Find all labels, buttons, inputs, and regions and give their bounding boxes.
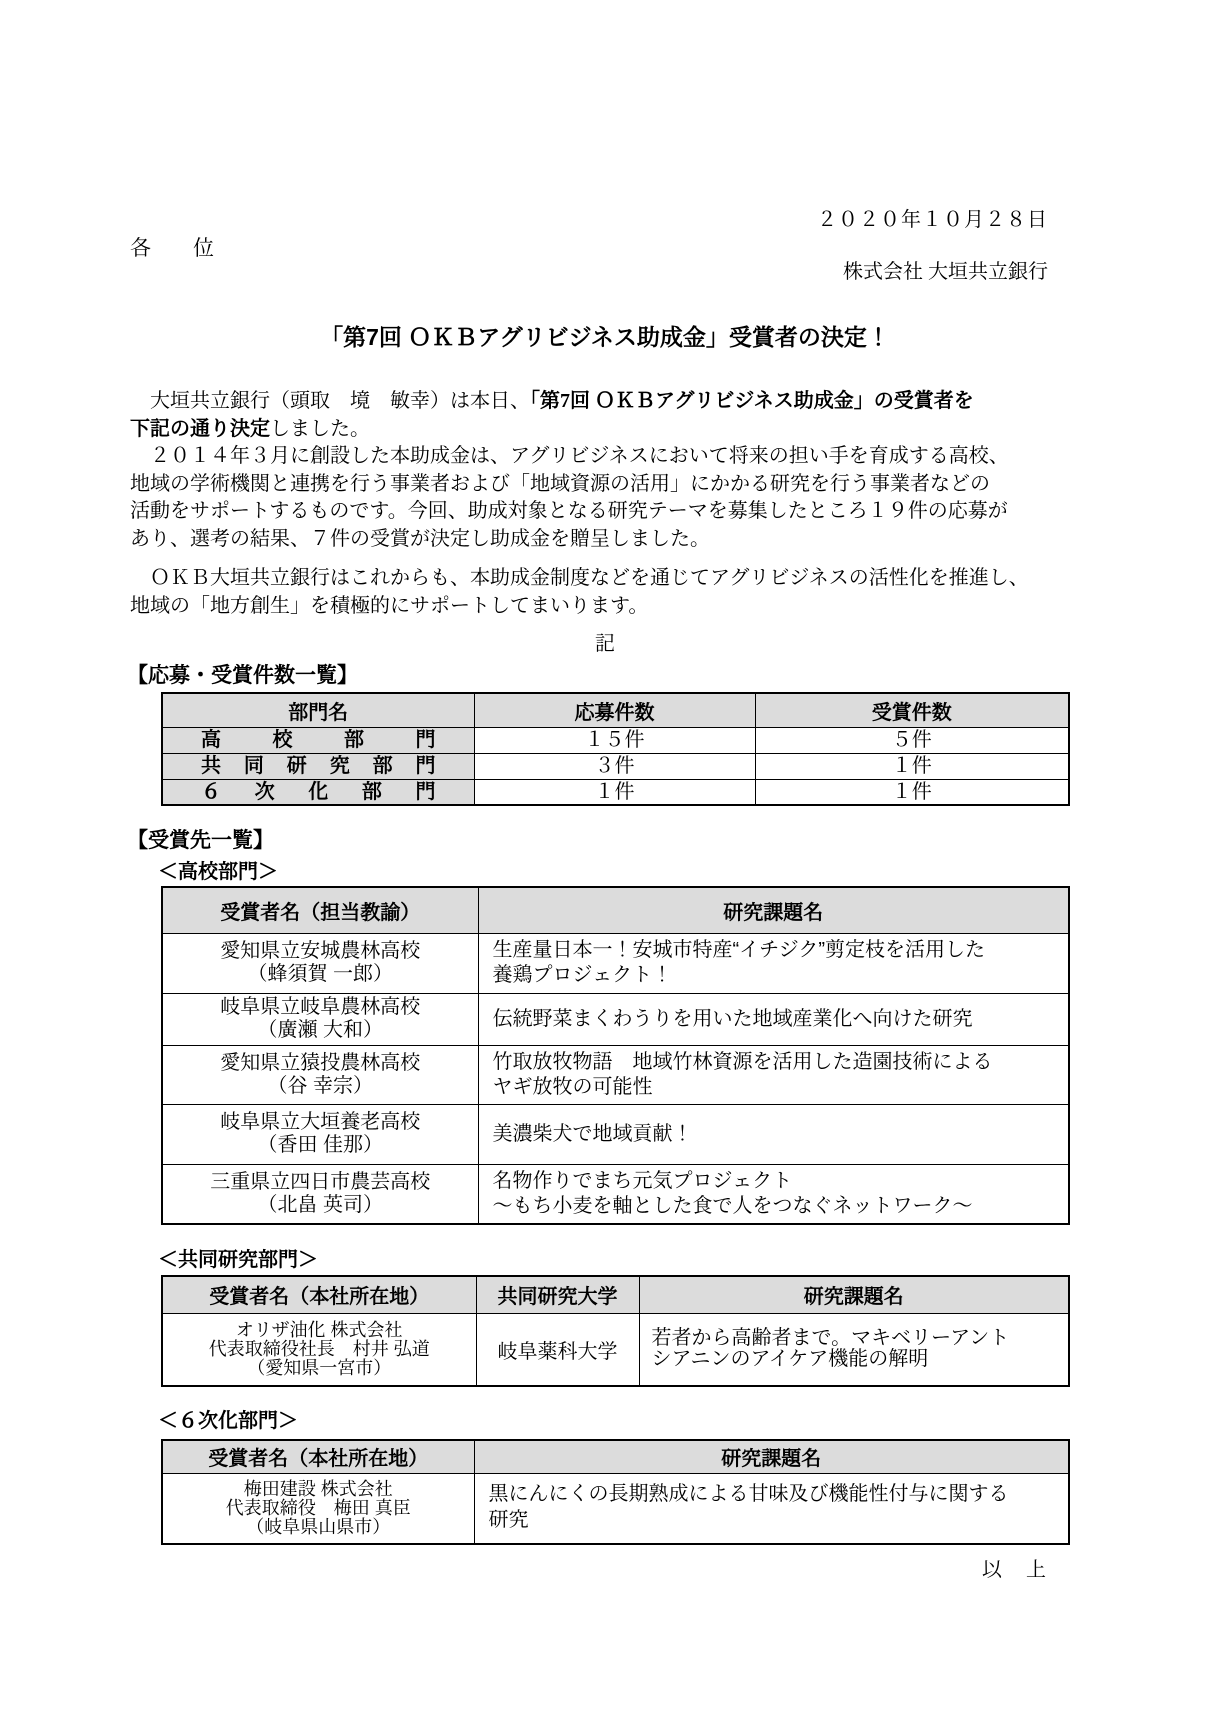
ki-marker: 記 bbox=[130, 631, 1080, 657]
sixth-winner: 梅田建設 株式会社 代表取締役 梅田 真臣 （岐阜県山県市） bbox=[162, 1474, 474, 1544]
summary-section-heading: 【応募・受賞件数一覧】 bbox=[127, 663, 1210, 689]
paragraph-announcement: 大垣共立銀行（頭取 境 敏幸）は本日、「第7回 ＯＫＢアグリビジネス助成金」の受… bbox=[130, 388, 1135, 443]
summary-applications-value: ３件 bbox=[474, 753, 755, 779]
table-row: オリザ油化 株式会社 代表取締役社長 村井 弘道 （愛知県一宮市） 岐阜薬科大学… bbox=[162, 1314, 1069, 1386]
highschool-header-theme: 研究課題名 bbox=[478, 887, 1069, 933]
highschool-table-header-row: 受賞者名（担当教諭） 研究課題名 bbox=[162, 887, 1069, 933]
summary-header-dept: 部門名 bbox=[162, 693, 474, 727]
joint-research-table: 受賞者名（本社所在地） 共同研究大学 研究課題名 オリザ油化 株式会社 代表取締… bbox=[161, 1275, 1070, 1387]
summary-dept-highschool: 高校部門 bbox=[162, 727, 474, 753]
table-row: 共同研究部門 ３件 １件 bbox=[162, 753, 1069, 779]
summary-header-applications: 応募件数 bbox=[474, 693, 755, 727]
highschool-header-winner: 受賞者名（担当教諭） bbox=[162, 887, 478, 933]
table-row: 高校部門 １５件 ５件 bbox=[162, 727, 1069, 753]
highschool-winner: 愛知県立安城農林高校 （蜂須賀 一郎） bbox=[162, 933, 478, 993]
joint-header-winner: 受賞者名（本社所在地） bbox=[162, 1276, 476, 1314]
highschool-winner: 岐阜県立岐阜農林高校 （廣瀬 大和） bbox=[162, 993, 478, 1045]
summary-applications-value: １５件 bbox=[474, 727, 755, 753]
summary-header-awards: 受賞件数 bbox=[755, 693, 1069, 727]
table-row: 梅田建設 株式会社 代表取締役 梅田 真臣 （岐阜県山県市） 黒にんにくの長期熟… bbox=[162, 1474, 1069, 1544]
document-date: ２０２０年１０月２８日 bbox=[0, 208, 1048, 232]
table-row: 愛知県立猿投農林高校 （谷 幸宗） 竹取放牧物語 地域竹林資源を活用した造園技術… bbox=[162, 1045, 1069, 1104]
highschool-section-heading: ＜高校部門＞ bbox=[158, 860, 1210, 885]
addressee: 各 位 bbox=[130, 236, 1210, 260]
joint-winner: オリザ油化 株式会社 代表取締役社長 村井 弘道 （愛知県一宮市） bbox=[162, 1314, 476, 1386]
table-row: ６次化部門 １件 １件 bbox=[162, 779, 1069, 805]
summary-applications-value: １件 bbox=[474, 779, 755, 805]
press-release-page: ２０２０年１０月２８日 各 位 株式会社 大垣共立銀行 「第7回 ＯＫＢアグリビ… bbox=[0, 0, 1210, 1713]
table-row: 岐阜県立岐阜農林高校 （廣瀬 大和） 伝統野菜まくわうりを用いた地域産業化へ向け… bbox=[162, 993, 1069, 1045]
summary-table-header-row: 部門名 応募件数 受賞件数 bbox=[162, 693, 1069, 727]
paragraph-background: ２０１４年３月に創設した本助成金は、アグリビジネスにおいて将来の担い手を育成する… bbox=[130, 443, 1135, 553]
company-name: 株式会社 大垣共立銀行 bbox=[0, 260, 1048, 284]
table-row: 愛知県立安城農林高校 （蜂須賀 一郎） 生産量日本一！安城市特産“イチジク”剪定… bbox=[162, 933, 1069, 993]
sixth-table-header-row: 受賞者名（本社所在地） 研究課題名 bbox=[162, 1440, 1069, 1474]
sixth-theme: 黒にんにくの長期熟成による甘味及び機能性付与に関する 研究 bbox=[474, 1474, 1069, 1544]
paragraph-announcement-tail: しました。 bbox=[270, 418, 370, 440]
highschool-theme: 伝統野菜まくわうりを用いた地域産業化へ向けた研究 bbox=[478, 993, 1069, 1045]
summary-awards-value: １件 bbox=[755, 753, 1069, 779]
sixth-sector-table: 受賞者名（本社所在地） 研究課題名 梅田建設 株式会社 代表取締役 梅田 真臣 … bbox=[161, 1439, 1070, 1545]
table-row: 三重県立四日市農芸高校 （北畠 英司） 名物作りでまち元気プロジェクト ～もち小… bbox=[162, 1164, 1069, 1224]
paragraph-announcement-lead: 大垣共立銀行（頭取 境 敏幸）は本日、 bbox=[130, 390, 530, 412]
highschool-theme: 名物作りでまち元気プロジェクト ～もち小麦を軸とした食で人をつなぐネットワーク～ bbox=[478, 1164, 1069, 1224]
joint-university: 岐阜薬科大学 bbox=[476, 1314, 639, 1386]
table-row: 岐阜県立大垣養老高校 （香田 佳那） 美濃柴犬で地域貢献！ bbox=[162, 1104, 1069, 1164]
highschool-table: 受賞者名（担当教諭） 研究課題名 愛知県立安城農林高校 （蜂須賀 一郎） 生産量… bbox=[161, 886, 1070, 1225]
highschool-winner: 愛知県立猿投農林高校 （谷 幸宗） bbox=[162, 1045, 478, 1104]
sixth-header-winner: 受賞者名（本社所在地） bbox=[162, 1440, 474, 1474]
joint-header-university: 共同研究大学 bbox=[476, 1276, 639, 1314]
summary-table: 部門名 応募件数 受賞件数 高校部門 １５件 ５件 共同研究部門 ３件 １件 ６… bbox=[161, 692, 1070, 806]
closing-marker: 以 上 bbox=[0, 1558, 1048, 1582]
highschool-theme: 竹取放牧物語 地域竹林資源を活用した造園技術による ヤギ放牧の可能性 bbox=[478, 1045, 1069, 1104]
joint-header-theme: 研究課題名 bbox=[639, 1276, 1069, 1314]
sixth-section-heading: ＜６次化部門＞ bbox=[158, 1409, 1210, 1434]
sixth-header-theme: 研究課題名 bbox=[474, 1440, 1069, 1474]
highschool-winner: 三重県立四日市農芸高校 （北畠 英司） bbox=[162, 1164, 478, 1224]
highschool-theme: 美濃柴犬で地域貢献！ bbox=[478, 1104, 1069, 1164]
paragraph-commitment: ＯＫＢ大垣共立銀行はこれからも、本助成金制度などを通じてアグリビジネスの活性化を… bbox=[130, 565, 1135, 620]
page-title: 「第7回 ＯＫＢアグリビジネス助成金」受賞者の決定！ bbox=[0, 322, 1210, 352]
summary-dept-joint: 共同研究部門 bbox=[162, 753, 474, 779]
highschool-winner: 岐阜県立大垣養老高校 （香田 佳那） bbox=[162, 1104, 478, 1164]
highschool-theme: 生産量日本一！安城市特産“イチジク”剪定枝を活用した 養鶏プロジェクト！ bbox=[478, 933, 1069, 993]
joint-table-header-row: 受賞者名（本社所在地） 共同研究大学 研究課題名 bbox=[162, 1276, 1069, 1314]
summary-awards-value: １件 bbox=[755, 779, 1069, 805]
summary-dept-sixth: ６次化部門 bbox=[162, 779, 474, 805]
summary-awards-value: ５件 bbox=[755, 727, 1069, 753]
joint-theme: 若者から高齢者まで。マキベリーアント シアニンのアイケア機能の解明 bbox=[639, 1314, 1069, 1386]
winners-section-heading: 【受賞先一覧】 bbox=[127, 828, 1210, 854]
joint-section-heading: ＜共同研究部門＞ bbox=[158, 1248, 1210, 1273]
